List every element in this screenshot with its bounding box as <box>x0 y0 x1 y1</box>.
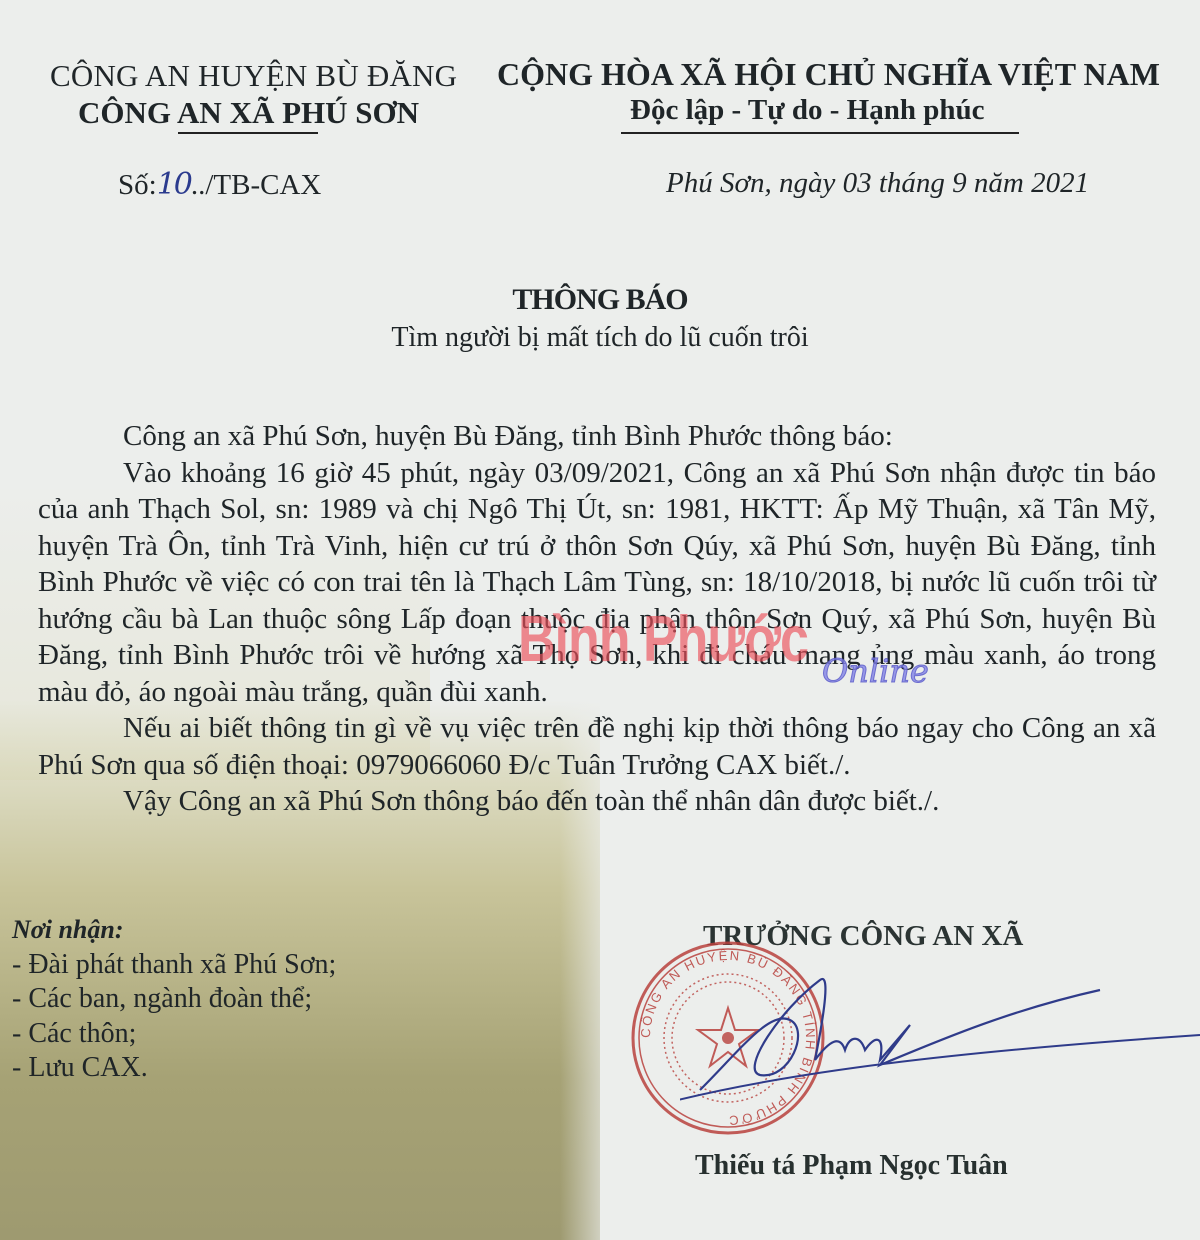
document-title: THÔNG BÁO <box>0 283 1200 317</box>
agency-underline <box>178 132 318 134</box>
watermark-logo: Bình Phước <box>518 602 808 677</box>
recipient-item: - Các thôn; <box>12 1017 336 1052</box>
document-subtitle: Tìm người bị mất tích do lũ cuốn trôi <box>0 322 1200 354</box>
agency-parent: CÔNG AN HUYỆN BÙ ĐĂNG <box>50 58 457 94</box>
recipient-item: - Các ban, ngành đoàn thể; <box>12 982 336 1017</box>
body-paragraph: Công an xã Phú Sơn, huyện Bù Đăng, tỉnh … <box>38 418 1156 455</box>
place-date: Phú Sơn, ngày 03 tháng 9 năm 2021 <box>666 167 1089 200</box>
recipient-item: - Lưu CAX. <box>12 1051 336 1086</box>
recipients-block: Nơi nhận: - Đài phát thanh xã Phú Sơn; -… <box>12 913 336 1086</box>
country-name: CỘNG HÒA XÃ HỘI CHỦ NGHĨA VIỆT NAM <box>497 56 1160 93</box>
doc-number-prefix: Số: <box>118 169 157 201</box>
recipient-item: - Đài phát thanh xã Phú Sơn; <box>12 948 336 983</box>
document-number: Số:10../TB-CAX <box>118 167 321 202</box>
doc-number-handwritten: 10 <box>157 167 191 202</box>
motto-underline <box>621 132 1019 134</box>
agency-name: CÔNG AN XÃ PHÚ SƠN <box>78 95 419 131</box>
handwritten-signature-icon <box>680 950 1200 1130</box>
doc-number-suffix: ../TB-CAX <box>191 169 322 201</box>
body-paragraph: Vậy Công an xã Phú Sơn thông báo đến toà… <box>38 783 1156 820</box>
watermark-online: Online <box>822 652 929 690</box>
body-paragraph: Nếu ai biết thông tin gì về vụ việc trên… <box>38 710 1156 783</box>
signer-name: Thiếu tá Phạm Ngọc Tuân <box>695 1150 1008 1182</box>
national-motto: Độc lập - Tự do - Hạnh phúc <box>630 94 985 127</box>
recipients-title: Nơi nhận: <box>12 913 336 948</box>
